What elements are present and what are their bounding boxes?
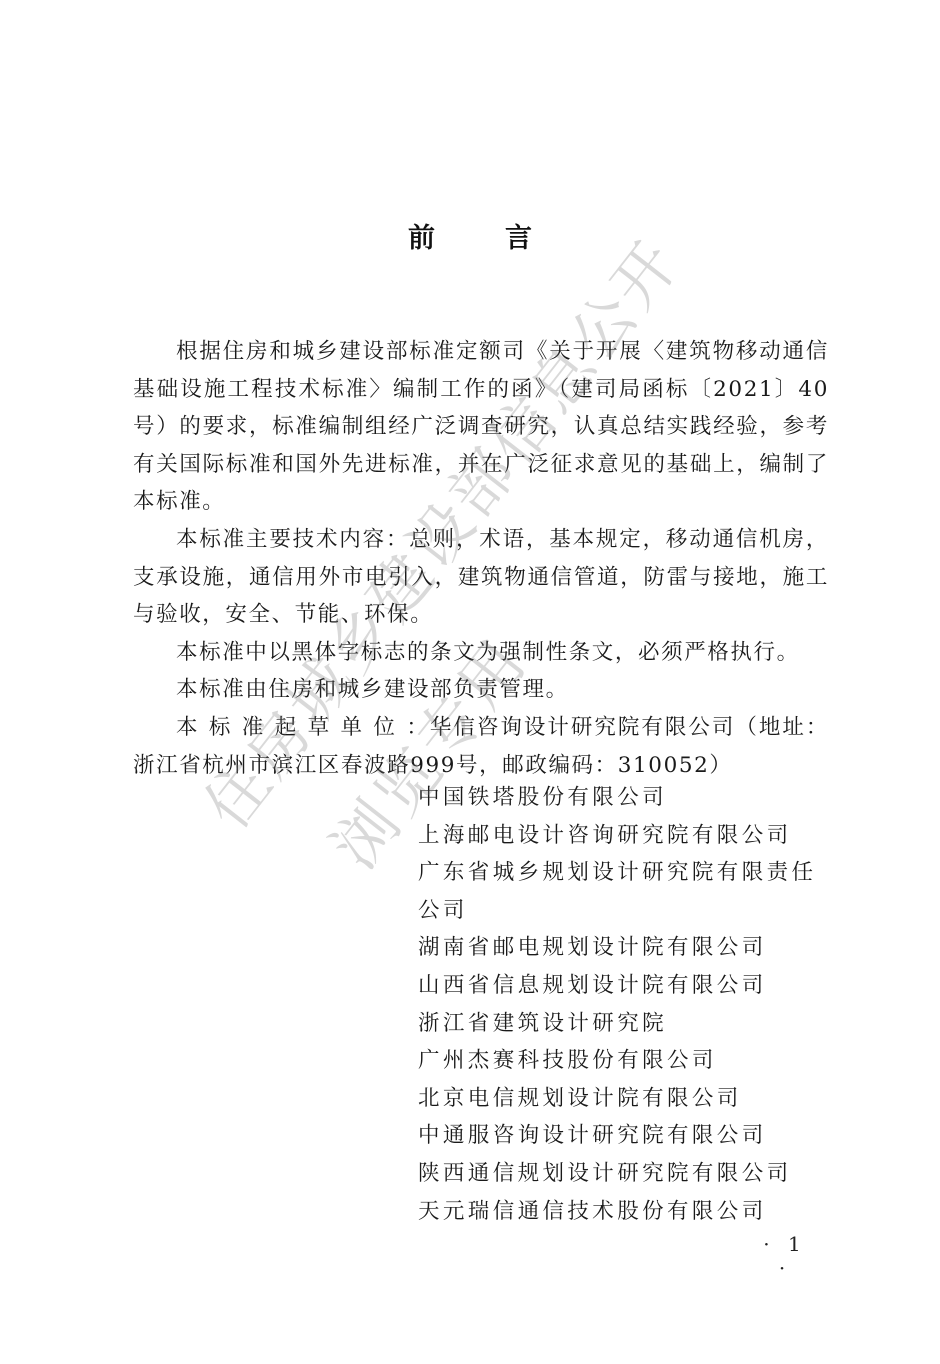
organization-item: 广东省城乡规划设计研究院有限责任公司 bbox=[418, 854, 830, 929]
organization-item: 中通服咨询设计研究院有限公司 bbox=[418, 1117, 830, 1155]
organization-item: 陕西通信规划设计研究院有限公司 bbox=[418, 1155, 830, 1193]
paragraph-mandatory-clauses: 本标准中以黑体字标志的条文为强制性条文，必须严格执行。 bbox=[133, 634, 829, 672]
organization-item: 湖南省邮电规划设计院有限公司 bbox=[418, 929, 830, 967]
document-page: 前言 根据住房和城乡建设部标准定额司《关于开展〈建筑物移动通信基础设施工程技术标… bbox=[0, 0, 940, 1364]
page-number: · 1 · bbox=[755, 1232, 815, 1280]
organization-item: 天元瑞信通信技术股份有限公司 bbox=[418, 1193, 830, 1231]
organization-item: 山西省信息规划设计院有限公司 bbox=[418, 967, 830, 1005]
organization-item: 中国铁塔股份有限公司 bbox=[418, 779, 830, 817]
paragraph-technical-content: 本标准主要技术内容：总则，术语，基本规定，移动通信机房，支承设施，通信用外市电引… bbox=[133, 521, 829, 634]
organization-item: 北京电信规划设计院有限公司 bbox=[418, 1080, 830, 1118]
organization-item: 广州杰赛科技股份有限公司 bbox=[418, 1042, 830, 1080]
page-title: 前言 bbox=[0, 216, 940, 255]
paragraph-background: 根据住房和城乡建设部标准定额司《关于开展〈建筑物移动通信基础设施工程技术标准〉编… bbox=[133, 333, 829, 521]
paragraph-management: 本标准由住房和城乡建设部负责管理。 bbox=[133, 671, 829, 709]
participating-organizations-list: 中国铁塔股份有限公司 上海邮电设计咨询研究院有限公司 广东省城乡规划设计研究院有… bbox=[418, 779, 830, 1230]
organization-item: 上海邮电设计咨询研究院有限公司 bbox=[418, 817, 830, 855]
drafting-unit-label: 本标准起草单位 bbox=[176, 715, 406, 740]
preface-body: 根据住房和城乡建设部标准定额司《关于开展〈建筑物移动通信基础设施工程技术标准〉编… bbox=[133, 333, 829, 784]
organization-item: 浙江省建筑设计研究院 bbox=[418, 1005, 830, 1043]
paragraph-drafting-unit: 本标准起草单位：华信咨询设计研究院有限公司（地址：浙江省杭州市滨江区春波路999… bbox=[133, 709, 829, 784]
